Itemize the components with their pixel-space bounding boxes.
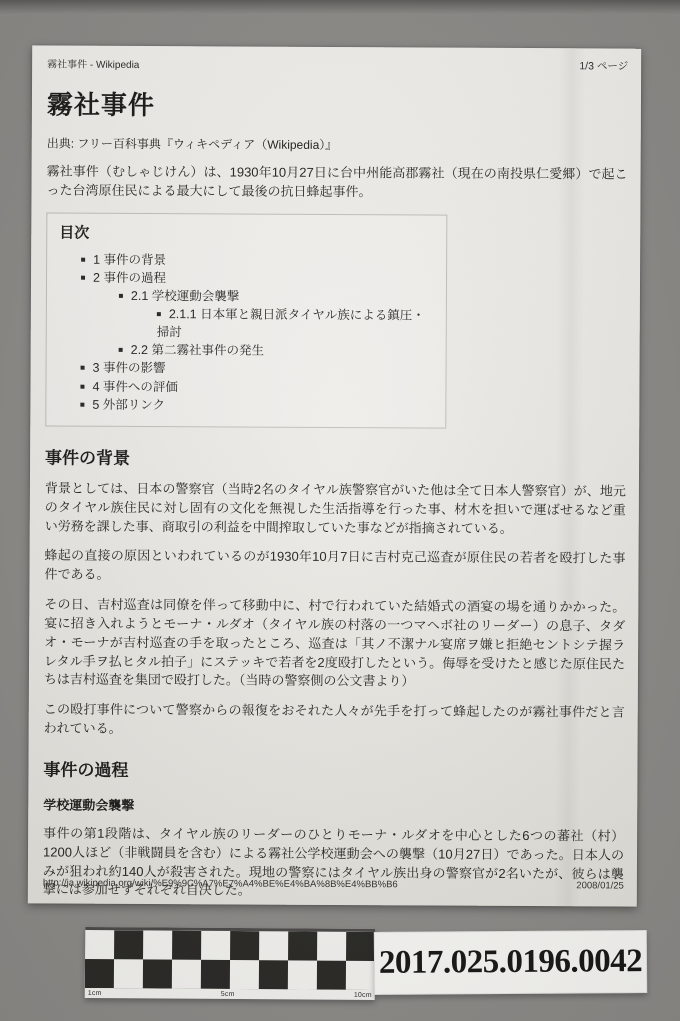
- print-header-page-indicator: 1/3 ページ: [579, 58, 628, 73]
- footer-date: 2008/01/25: [576, 880, 624, 891]
- ruler-label-5cm: 5cm: [221, 990, 235, 997]
- printed-document: 霧社事件 - Wikipedia 1/3 ページ 霧社事件 出典: フリー百科事…: [28, 45, 641, 906]
- print-header: 霧社事件 - Wikipedia 1/3 ページ: [47, 55, 628, 73]
- toc-box: 目次 1 事件の背景 2 事件の過程 2.1 学校運動会襲撃 2.1.1 日本軍…: [45, 212, 447, 428]
- toc-item-external-links: 5 外部リンク: [58, 395, 433, 415]
- footer-url: http://ja.wikipedia.org/wiki/%E9%9C%A7%E…: [43, 877, 398, 890]
- section-heading-background: 事件の背景: [45, 443, 626, 471]
- background-paragraph-1: 背景としては、日本の警察官（当時2名のタイヤル族警察官がいた他は全て日本人警察官…: [45, 479, 626, 539]
- toc-item-school-attack: 2.1 学校運動会襲撃: [59, 286, 434, 306]
- toc-item-second-incident: 2.2 第二霧社事件の発生: [59, 341, 434, 361]
- ruler-labels: 1cm 5cm 10cm: [85, 988, 375, 1000]
- scale-ruler: 1cm 5cm 10cm: [85, 927, 375, 1000]
- source-line: 出典: フリー百科事典『ウィキペディア（Wikipedia）』: [47, 134, 628, 154]
- subsection-heading-school-attack: 学校運動会襲撃: [43, 794, 624, 816]
- background-paragraph-3: その日、吉村巡査は同僚を伴って移動中に、村で行われていた結婚式の酒宴の場を通りか…: [44, 596, 625, 693]
- background-paragraph-4: この殴打事件について警察からの報復をおそれた人々が先手を打って蜂起したのが霧社事…: [44, 701, 625, 742]
- ruler-label-10cm: 10cm: [354, 991, 372, 998]
- catalog-label: 2017.025.0196.0042: [374, 930, 647, 995]
- toc-item-process: 2 事件の過程: [59, 268, 434, 288]
- ruler-checkerboard: [85, 930, 375, 990]
- catalog-number: 2017.025.0196.0042: [379, 943, 643, 982]
- toc-item-suppression: 2.1.1 日本軍と親日派タイヤル族による鎮圧・掃討: [59, 305, 434, 343]
- toc-item-background: 1 事件の背景: [59, 250, 434, 270]
- print-header-title: 霧社事件 - Wikipedia: [47, 55, 139, 70]
- intro-paragraph: 霧社事件（むしゃじけん）は、1930年10月27日に台中州能高郡霧社（現在の南投…: [46, 162, 627, 203]
- background-paragraph-2: 蜂起の直接の原因といわれているのが1930年10月7日に吉村克己巡査が原住民の若…: [44, 547, 625, 588]
- toc-item-impact: 3 事件の影響: [59, 359, 434, 379]
- toc-item-evaluation: 4 事件への評価: [58, 377, 433, 397]
- ruler-label-1cm: 1cm: [88, 990, 102, 997]
- article-title: 霧社事件: [47, 84, 628, 124]
- section-heading-process: 事件の過程: [43, 755, 624, 783]
- photo-top-shadow: [0, 0, 680, 14]
- photo-background: { "page": { "header": { "left": "霧社事件 - …: [0, 0, 680, 1021]
- toc-heading: 目次: [59, 221, 434, 244]
